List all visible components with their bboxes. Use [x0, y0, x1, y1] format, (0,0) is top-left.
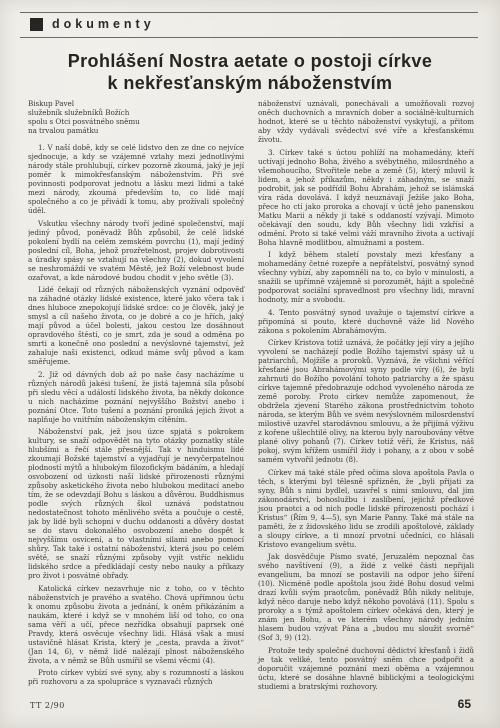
document-title: Prohlášení Nostra aetate o postoji církv…	[0, 50, 500, 94]
byline-line: spolu s Otci posvátného sněmu	[28, 117, 244, 126]
filled-square-icon	[30, 18, 43, 31]
paragraph: Lidé čekají od různých náboženských vyzn…	[28, 285, 244, 366]
byline: Biskup Pavelslužebník služebníků Božíchs…	[28, 99, 244, 135]
paragraph: 4. Tento posvátný synod uvažuje o tajems…	[258, 308, 474, 335]
paragraph: 3. Církev také s úctou pohlíží na mohame…	[258, 148, 474, 247]
journal-code: TT 2/90	[30, 701, 65, 710]
left-column: Biskup Pavelslužebník služebníků Božíchs…	[28, 99, 244, 693]
paragraph: Protože tedy společné duchovní dědictví …	[258, 646, 474, 691]
document-title-line1: Prohlášení Nostra aetate o postoji církv…	[0, 50, 500, 72]
document-title-line2: k nekřesťanským náboženstvím	[0, 72, 500, 94]
byline-line: Biskup Pavel	[28, 99, 244, 108]
paragraph: Katolická církev nezavrhuje nic z toho, …	[28, 584, 244, 665]
paragraph: Církev Kristova totiž uznává, že počátky…	[258, 338, 474, 464]
page-number: 65	[458, 697, 471, 711]
header-rule	[20, 37, 478, 38]
top-rule	[20, 12, 478, 13]
paragraph: Církev má také stále před očima slova ap…	[258, 468, 474, 549]
paragraph: Jak dosvědčuje Písmo svaté, Jeruzalém ne…	[258, 552, 474, 642]
paragraph: I když během staletí povstaly mezi křesť…	[258, 250, 474, 304]
paragraph: Vskutku všechny národy tvoří jediné spol…	[28, 219, 244, 282]
byline-line: na trvalou památku	[28, 126, 244, 135]
paragraph: náboženství uznávali, ponechávali a umož…	[258, 99, 474, 144]
byline-line: služebník služebníků Božích	[28, 108, 244, 117]
document-page: dokumenty Prohlášení Nostra aetate o pos…	[0, 0, 500, 728]
right-column: náboženství uznávali, ponechávali a umož…	[258, 99, 474, 693]
paragraph: Náboženství pak, jež jsou úzce spjatá s …	[28, 427, 244, 580]
paragraph: Proto církev vybízí své syny, aby s rozu…	[28, 668, 244, 686]
paragraph: 2. Již od dávných dob až po naše časy na…	[28, 370, 244, 424]
paragraph: 1. V naší době, kdy se celé lidstvo den …	[28, 143, 244, 215]
body-columns: Biskup Pavelslužebník služebníků Božíchs…	[28, 99, 474, 693]
section-header: dokumenty	[30, 17, 155, 31]
left-column-text: 1. V naší době, kdy se celé lidstvo den …	[28, 143, 244, 686]
section-label: dokumenty	[52, 17, 155, 31]
